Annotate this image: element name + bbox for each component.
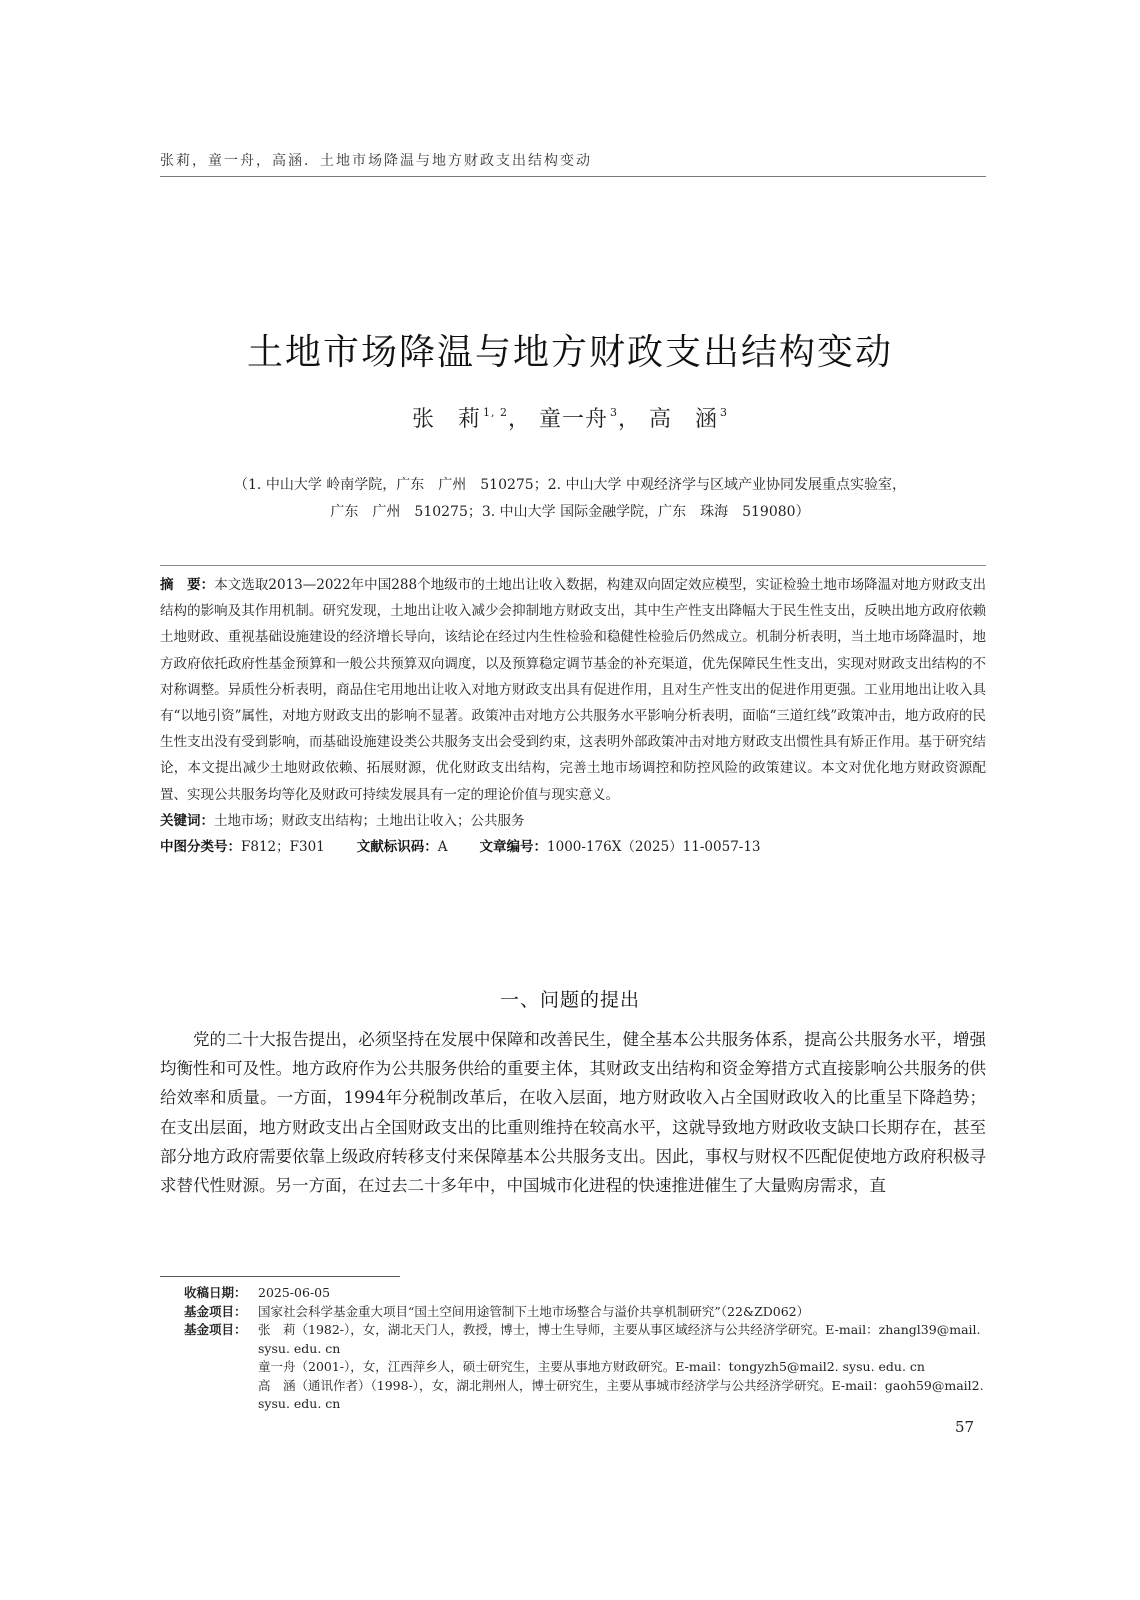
clc-value: F812；F301: [241, 839, 325, 855]
received-label: 收稿日期：: [184, 1284, 258, 1303]
body-paragraph: 党的二十大报告提出，必须坚持在发展中保障和改善民生，健全基本公共服务体系，提高公…: [160, 1025, 986, 1200]
author-name: 张 莉: [412, 407, 481, 432]
keywords-text: 土地市场；财政支出结构；土地出让收入；公共服务: [214, 813, 525, 829]
footnote-bio: 基金项目： 张 莉（1982-），女，湖北天门人，教授，博士，博士生导师，主要从…: [184, 1321, 984, 1358]
footnote-received: 收稿日期： 2025-06-05: [184, 1284, 984, 1303]
article-number-label: 文章编号：: [480, 839, 548, 855]
keywords: 关键词：土地市场；财政支出结构；土地出让收入；公共服务: [160, 808, 986, 834]
article-number-value: 1000-176X（2025）11-0057-13: [547, 839, 761, 855]
affiliation-line: （1. 中山大学 岭南学院，广东 广州 510275；2. 中山大学 中观经济学…: [170, 472, 970, 499]
abstract-label: 摘 要：: [160, 577, 214, 593]
paper-title: 土地市场降温与地方财政支出结构变动: [0, 324, 1140, 375]
keywords-label: 关键词：: [160, 813, 214, 829]
footnote-divider: [160, 1276, 400, 1277]
author-name: 童一舟: [539, 407, 608, 432]
section-heading: 一、问题的提出: [0, 985, 1140, 1012]
footnote-fund: 基金项目： 国家社会科学基金重大项目“国土空间用途管制下土地市场整合与溢价共享机…: [184, 1303, 984, 1322]
affiliations: （1. 中山大学 岭南学院，广东 广州 510275；2. 中山大学 中观经济学…: [170, 472, 970, 526]
author-bio: 童一舟（2001-），女，江西萍乡人，硕士研究生，主要从事地方财政研究。E-ma…: [184, 1358, 984, 1377]
received-date: 2025-06-05: [258, 1284, 984, 1303]
abstract-divider: [160, 565, 986, 566]
author-separator: ，: [618, 407, 641, 432]
abstract-text: 本文选取2013—2022年中国288个地级市的土地出让收入数据，构建双向固定效…: [160, 577, 986, 803]
doc-code-label: 文献标识码：: [357, 839, 438, 855]
author-affiliation-mark: 3: [610, 406, 618, 419]
clc-label: 中图分类号：: [160, 839, 241, 855]
author-affiliation-mark: 1, 2: [483, 406, 508, 419]
author-affiliation-mark: 3: [720, 406, 728, 419]
fund-value: 国家社会科学基金重大项目“国土空间用途管制下土地市场整合与溢价共享机制研究”（2…: [258, 1303, 984, 1322]
page-number: 57: [955, 1418, 974, 1436]
doc-code-value: A: [438, 839, 448, 855]
abstract: 摘 要：本文选取2013—2022年中国288个地级市的土地出让收入数据，构建双…: [160, 572, 986, 808]
author-bio: 张 莉（1982-），女，湖北天门人，教授，博士，博士生导师，主要从事区域经济与…: [258, 1321, 984, 1358]
fund-label: 基金项目：: [184, 1303, 258, 1322]
running-head: 张莉，童一舟，高涵．土地市场降温与地方财政支出结构变动: [160, 150, 986, 177]
bio-label: 基金项目：: [184, 1321, 258, 1358]
author-list: 张 莉1, 2， 童一舟3， 高 涵3: [0, 402, 1140, 433]
author-separator: ，: [508, 407, 531, 432]
abstract-block: 摘 要：本文选取2013—2022年中国288个地级市的土地出让收入数据，构建双…: [160, 572, 986, 860]
author-bio: 高 涵（通讯作者）（1998-），女，湖北荆州人，博士研究生，主要从事城市经济学…: [184, 1377, 984, 1414]
footnotes: 收稿日期： 2025-06-05 基金项目： 国家社会科学基金重大项目“国土空间…: [184, 1284, 984, 1414]
affiliation-line: 广东 广州 510275；3. 中山大学 国际金融学院，广东 珠海 519080…: [170, 499, 970, 526]
classification-line: 中图分类号：F812；F301文献标识码：A文章编号：1000-176X（202…: [160, 834, 986, 860]
author-name: 高 涵: [649, 407, 718, 432]
